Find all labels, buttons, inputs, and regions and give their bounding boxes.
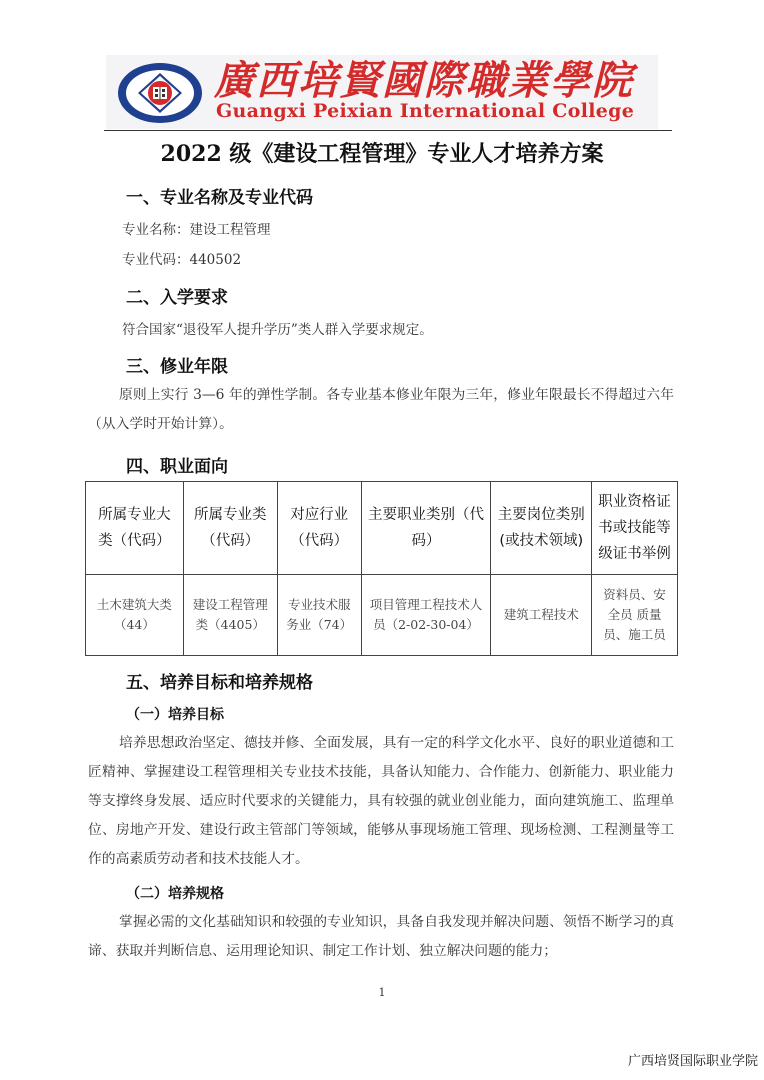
major-code-line: 专业代码：440502	[122, 248, 241, 268]
spec-paragraph: 掌握必需的文化基础知识和较强的专业知识，具备自我发现并解决问题、领悟不断学习的真…	[88, 908, 674, 966]
table-cell: 资料员、安全员 质量员、施工员	[592, 575, 678, 656]
table-header-cell: 所属专业大类（代码）	[86, 482, 184, 575]
document-title: 2022 级《建设工程管理》专业人才培养方案	[0, 137, 764, 168]
section-heading-career: 四、职业面向	[126, 452, 228, 477]
table-header-cell: 所属专业类（代码）	[183, 482, 277, 575]
duration-paragraph: 原则上实行 3—6 年的弹性学制。各专业基本修业年限为三年，修业年限最长不得超过…	[88, 381, 674, 439]
table-header-cell: 对应行业（代码）	[277, 482, 361, 575]
table-cell: 专业技术服务业（74）	[277, 575, 361, 656]
table-row: 土木建筑大类（44） 建设工程管理类（4405） 专业技术服务业（74） 项目管…	[86, 575, 678, 656]
goal-paragraph: 培养思想政治坚定、德技并修、全面发展，具有一定的科学文化水平、良好的职业道德和工…	[88, 729, 674, 874]
header-divider	[104, 130, 672, 131]
table-cell: 建设工程管理类（4405）	[183, 575, 277, 656]
section-heading-major-name: 一、专业名称及专业代码	[126, 183, 313, 208]
section-heading-goals: 五、培养目标和培养规格	[126, 668, 313, 693]
brand-name-chinese: 廣西培賢國際職業學院	[214, 59, 634, 103]
major-name-line: 专业名称：建设工程管理	[122, 218, 271, 238]
table-cell: 项目管理工程技术人员（2-02-30-04）	[361, 575, 491, 656]
college-banner: 廣西培賢國際職業學院 Guangxi Peixian International…	[106, 55, 658, 129]
brand-name-english: Guangxi Peixian International College	[216, 100, 634, 122]
table-header-cell: 主要岗位类别(或技术领域)	[491, 482, 592, 575]
college-emblem-icon	[116, 61, 204, 125]
table-header-cell: 职业资格证书或技能等级证书举例	[592, 482, 678, 575]
admission-text: 符合国家“退役军人提升学历”类人群入学要求规定。	[122, 318, 433, 338]
section-heading-duration: 三、修业年限	[126, 352, 228, 377]
table-cell: 土木建筑大类（44）	[86, 575, 184, 656]
subsection-heading-spec: （二）培养规格	[126, 883, 224, 903]
footer-watermark: 广西培贤国际职业学院	[628, 1050, 758, 1069]
career-orientation-table: 所属专业大类（代码） 所属专业类（代码） 对应行业（代码） 主要职业类别（代码）…	[85, 481, 678, 656]
page-number: 1	[0, 986, 764, 999]
table-cell: 建筑工程技术	[491, 575, 592, 656]
section-heading-admission: 二、入学要求	[126, 283, 228, 308]
table-header-cell: 主要职业类别（代码）	[361, 482, 491, 575]
table-header-row: 所属专业大类（代码） 所属专业类（代码） 对应行业（代码） 主要职业类别（代码）…	[86, 482, 678, 575]
subsection-heading-goal: （一）培养目标	[126, 704, 224, 724]
